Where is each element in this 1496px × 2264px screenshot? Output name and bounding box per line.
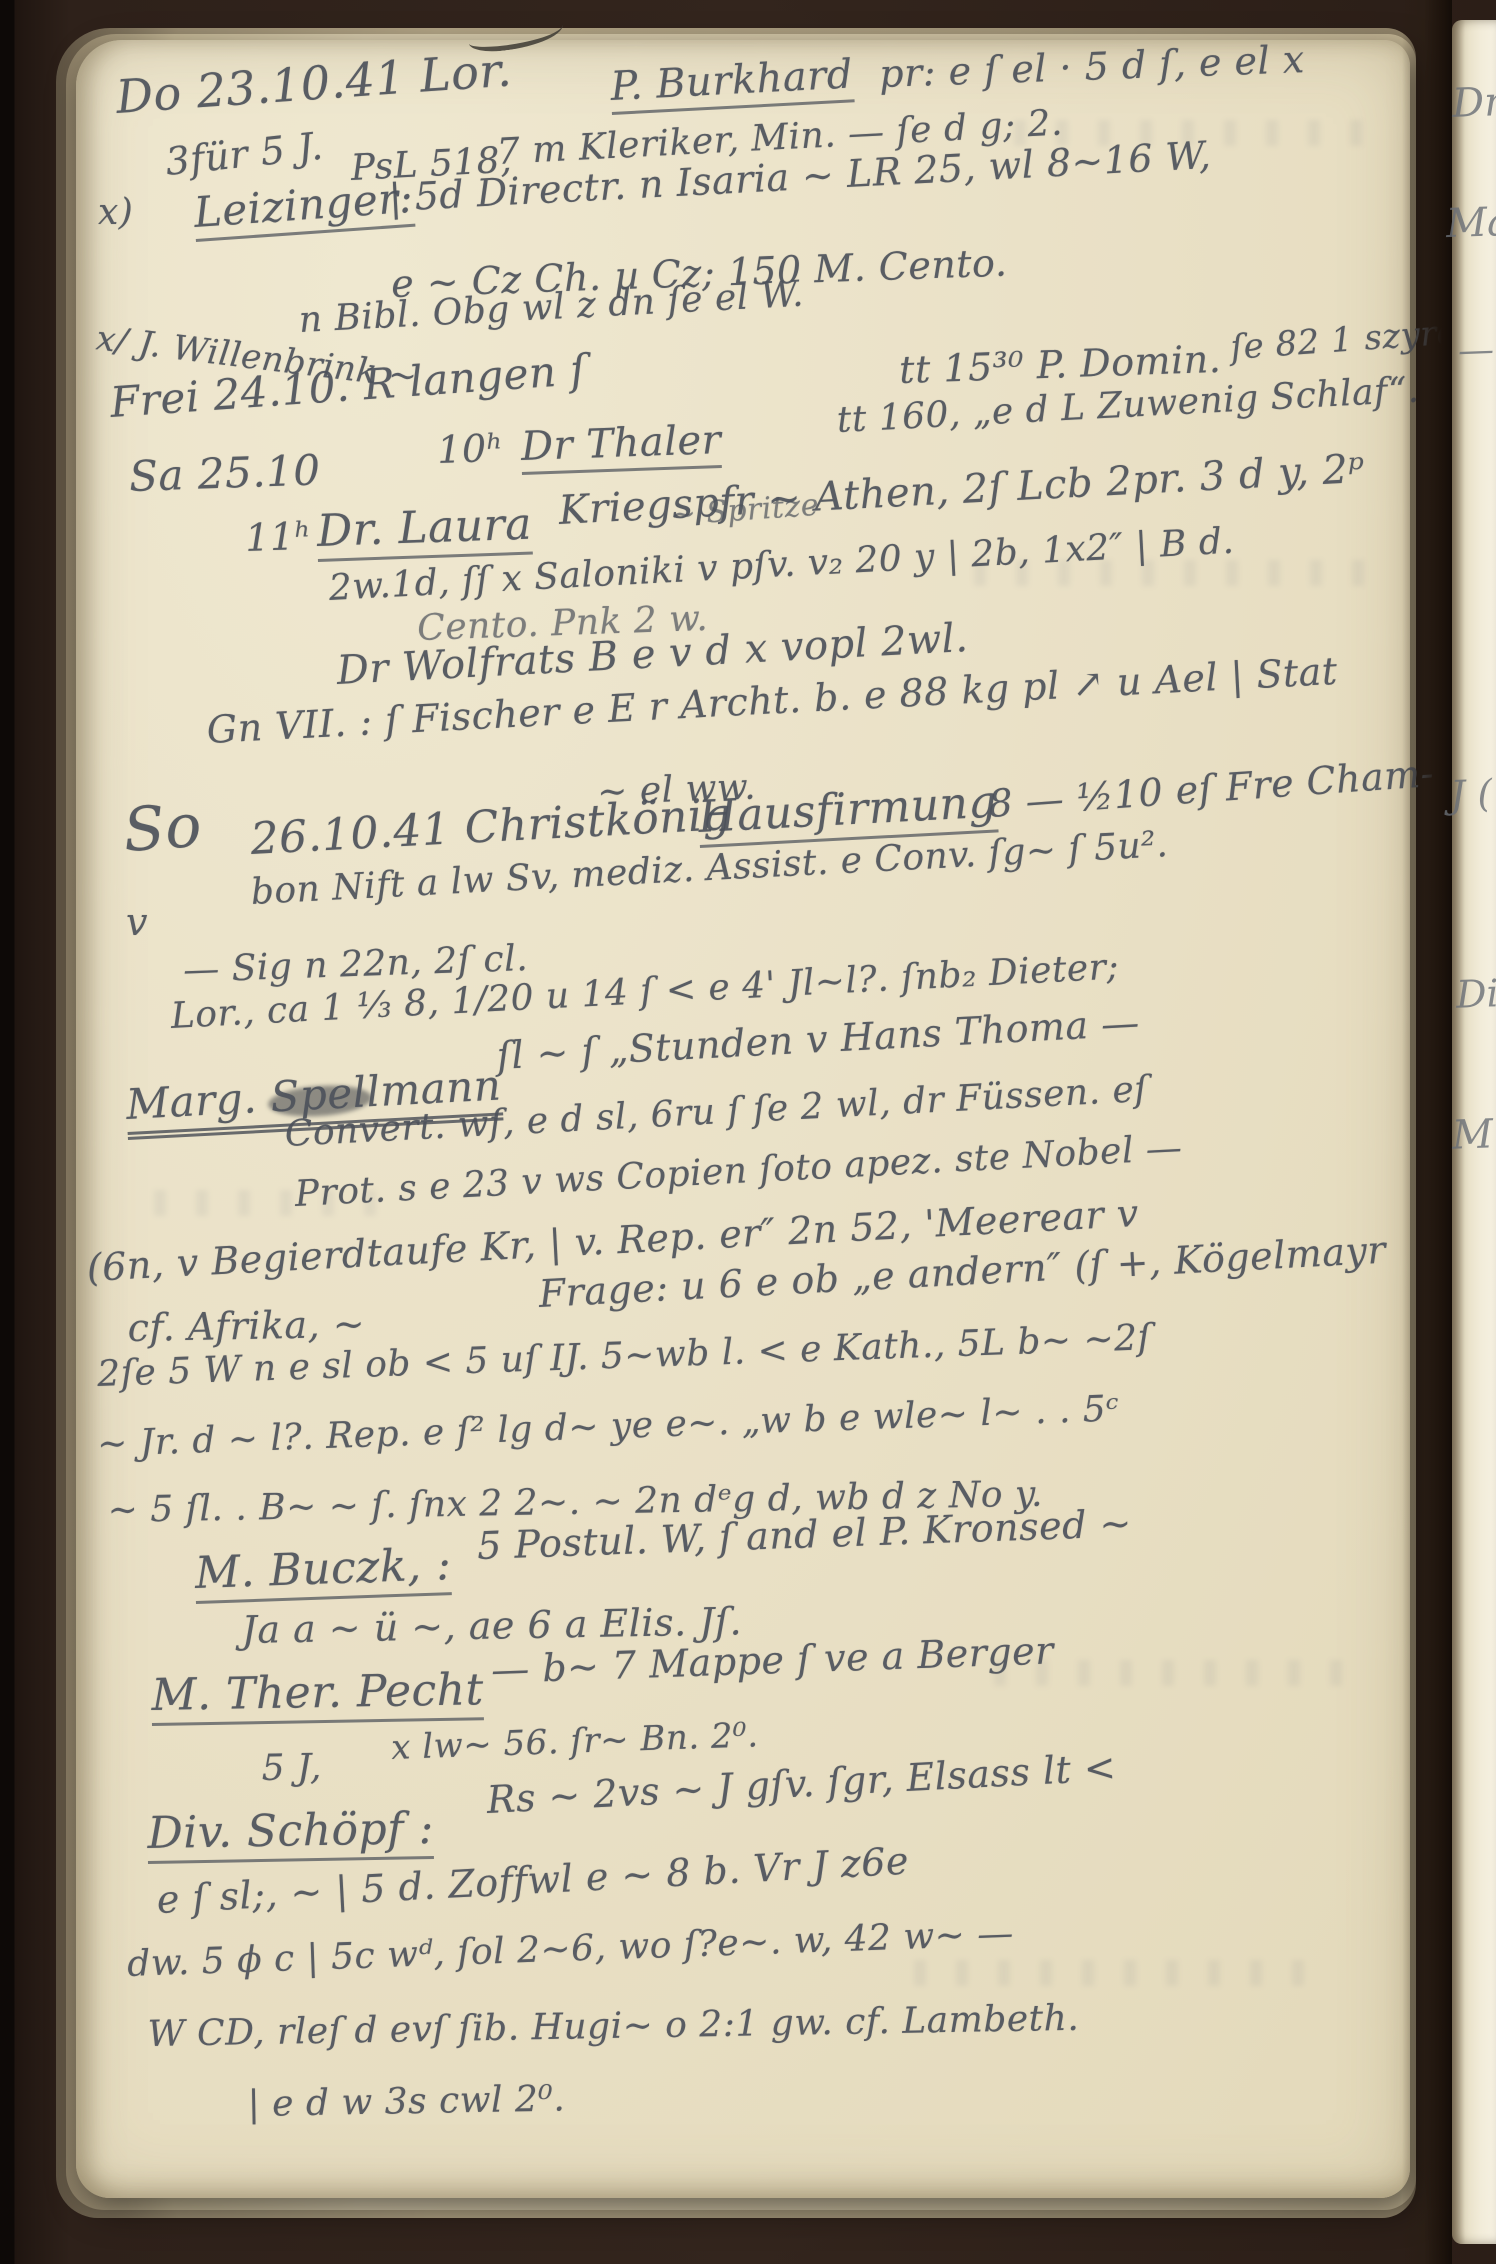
margin-checkmark: v	[126, 900, 148, 944]
handwriting-line: 5 J,	[261, 1747, 322, 1789]
afrika-note: cf. Afrika, ~	[127, 1302, 365, 1350]
facing-page-edge: Dr Ma — J ( Di M	[1452, 20, 1496, 2244]
handwriting-line: 10ʰ	[436, 426, 504, 472]
name-dr-laura: Dr. Laura	[316, 499, 533, 562]
facing-page-fragment: M	[1451, 1111, 1494, 1158]
book-gutter-shadow	[1402, 0, 1452, 2264]
entry-date-25-10: Sa 25.10	[128, 445, 321, 501]
handwriting-line: | e d w 3s cwl 2⁰.	[247, 2078, 565, 2125]
facing-page-fragment: Di	[1455, 971, 1496, 1016]
photographed-notebook: Do 23.10.41 Lor. P. Burkhard pr: e ſ el …	[0, 0, 1496, 2264]
handwriting-line: 11ʰ	[244, 514, 312, 560]
entry-day-so: So	[121, 791, 204, 866]
name-m-ther-pecht: M. Ther. Pecht	[151, 1664, 484, 1726]
facing-page-fragment: —	[1457, 329, 1494, 371]
margin-mark-x: x)	[98, 192, 133, 233]
ink-bleedthrough	[900, 1960, 1320, 1986]
name-div-schoepf: Div. Schöpf :	[147, 1803, 434, 1864]
facing-page-fragment: Dr	[1451, 79, 1496, 127]
name-dr-thaler: Dr Thaler	[520, 417, 722, 475]
facing-page-fragment: Ma	[1445, 199, 1496, 247]
name-m-buczk: M. Buczk, :	[194, 1539, 452, 1604]
facing-page-fragment: J (	[1449, 771, 1493, 816]
